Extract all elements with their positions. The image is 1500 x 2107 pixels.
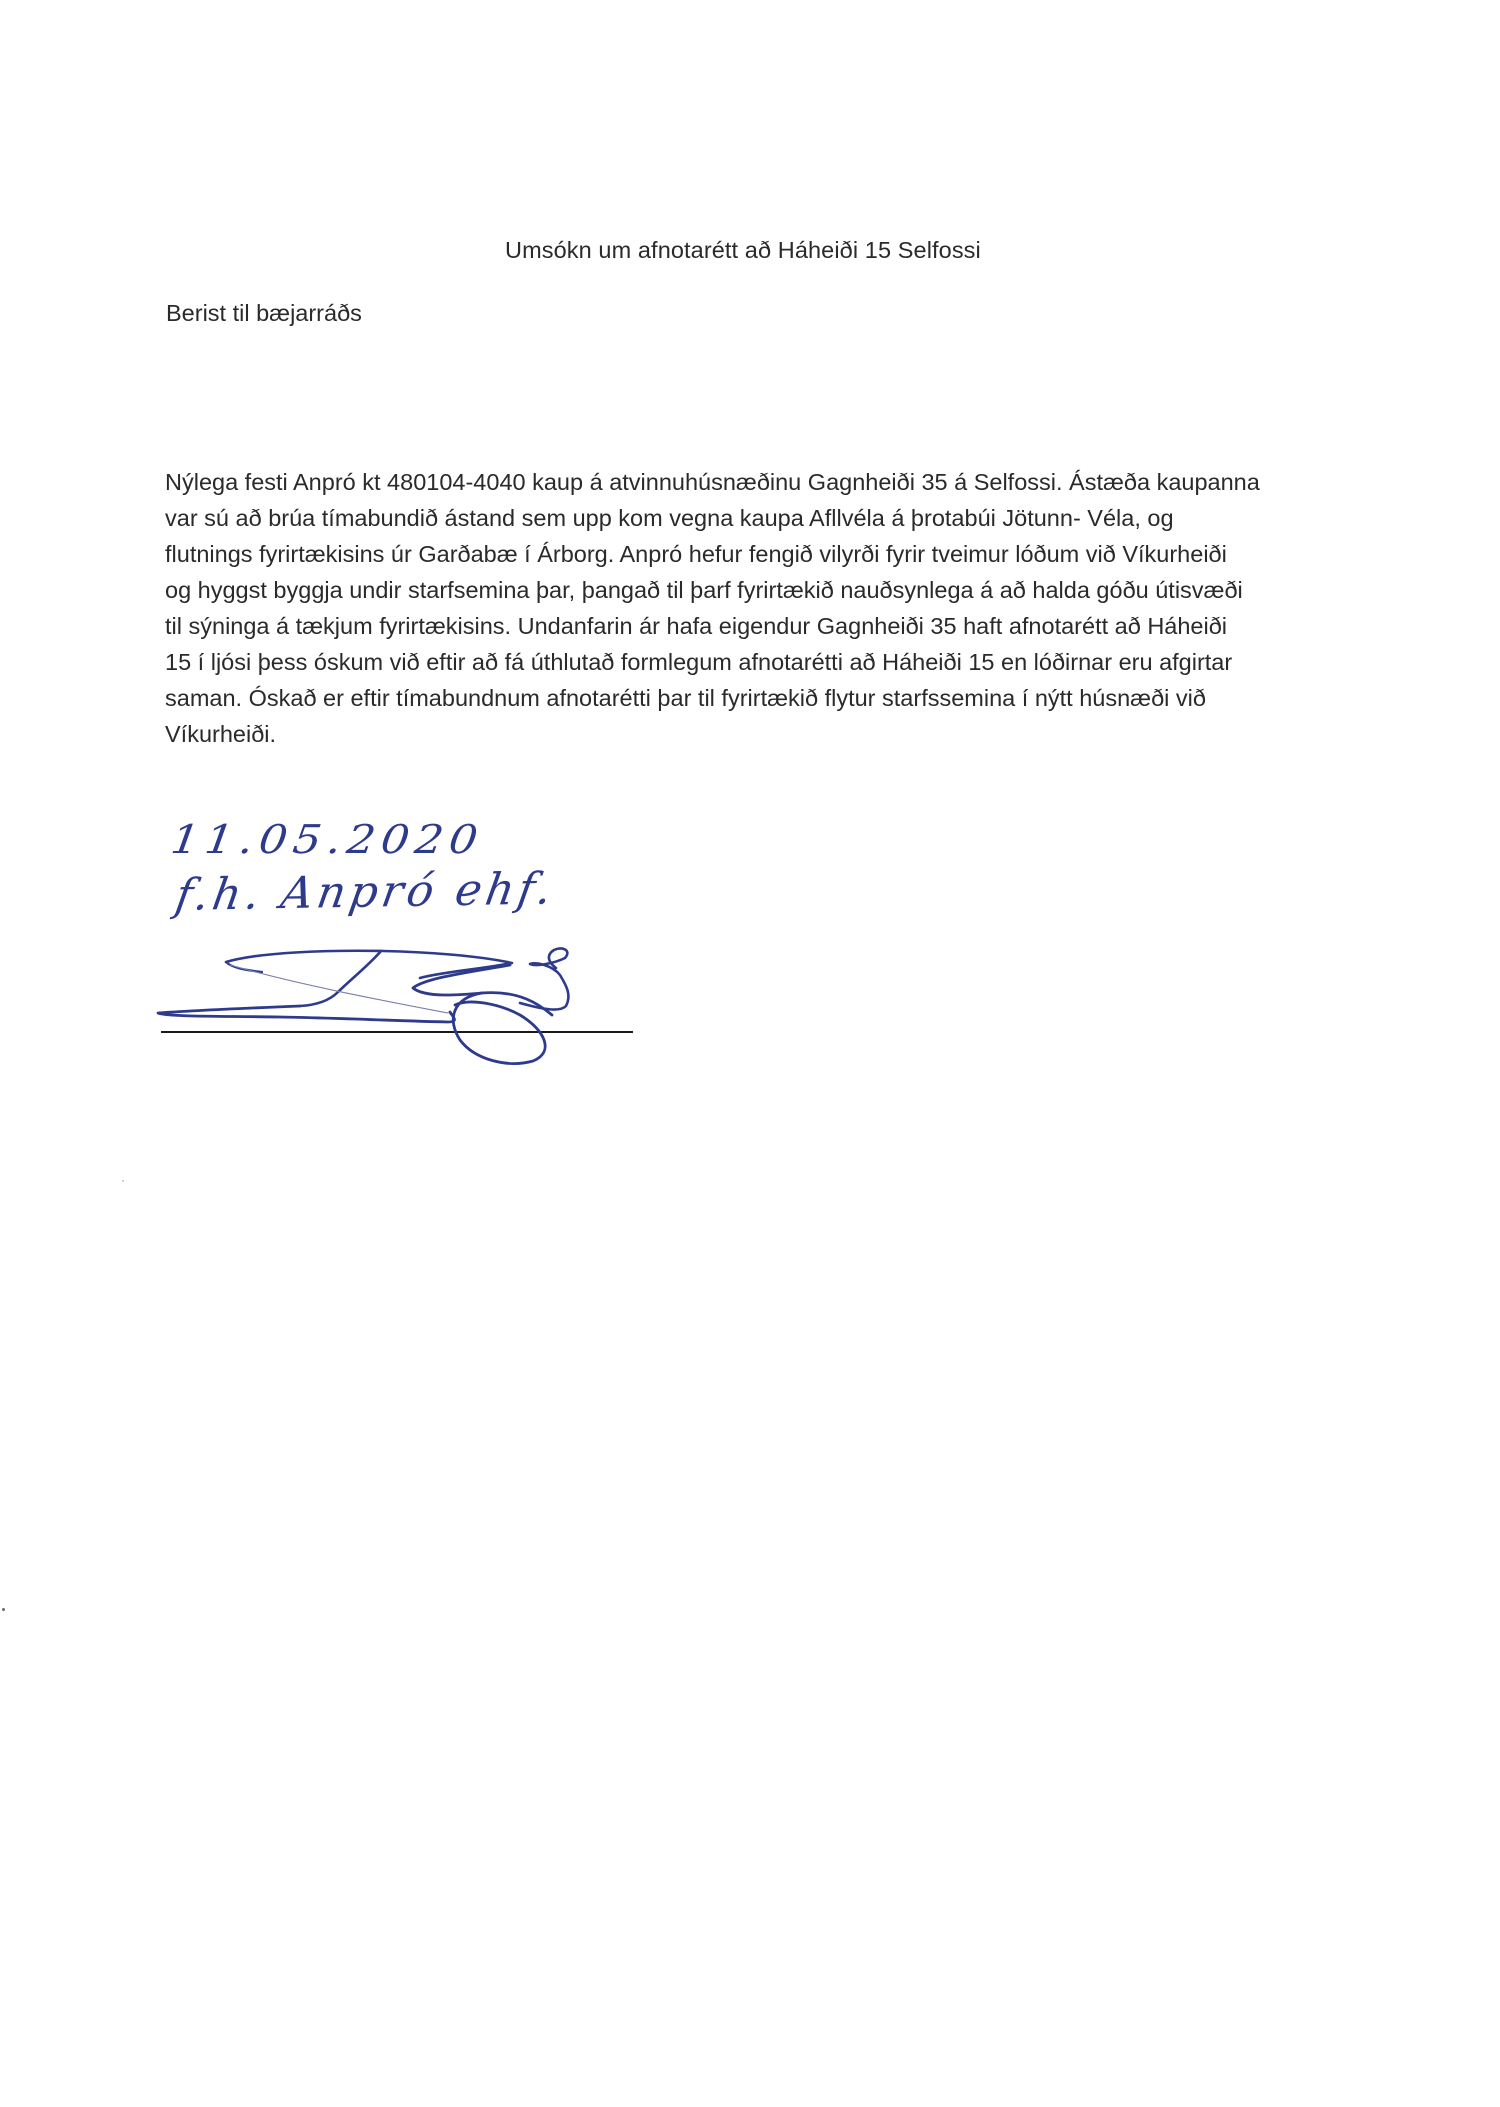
scan-speck [122,1180,124,1182]
body-line: Nýlega festi Anpró kt 480104-4040 kaup á… [165,464,1365,500]
signature-strokes [158,948,568,1063]
body-line: 15 í ljósi þess óskum við eftir að fá út… [165,644,1365,680]
body-paragraph: Nýlega festi Anpró kt 480104-4040 kaup á… [165,464,1365,752]
body-line: var sú að brúa tímabundið ástand sem upp… [165,500,1365,536]
scan-speck [2,1608,5,1611]
body-line: flutnings fyrirtækisins úr Garðabæ í Árb… [165,536,1365,572]
body-line: og hyggst byggja undir starfsemina þar, … [165,572,1365,608]
recipient-line: Berist til bæjarráðs [166,300,362,327]
body-line: Víkurheiði. [165,716,1365,752]
document-title: Umsókn um afnotarétt að Háheiði 15 Selfo… [505,237,981,264]
body-line: til sýninga á tækjum fyrirtækisins. Unda… [165,608,1365,644]
body-line: saman. Óskað er eftir tímabundnum afnota… [165,680,1365,716]
handwritten-company-name: f.h. Anpró ehf. [172,863,559,921]
document-page: Umsókn um afnotarétt að Háheiði 15 Selfo… [0,0,1500,2107]
handwritten-date: 11.05.2020 [168,817,486,863]
